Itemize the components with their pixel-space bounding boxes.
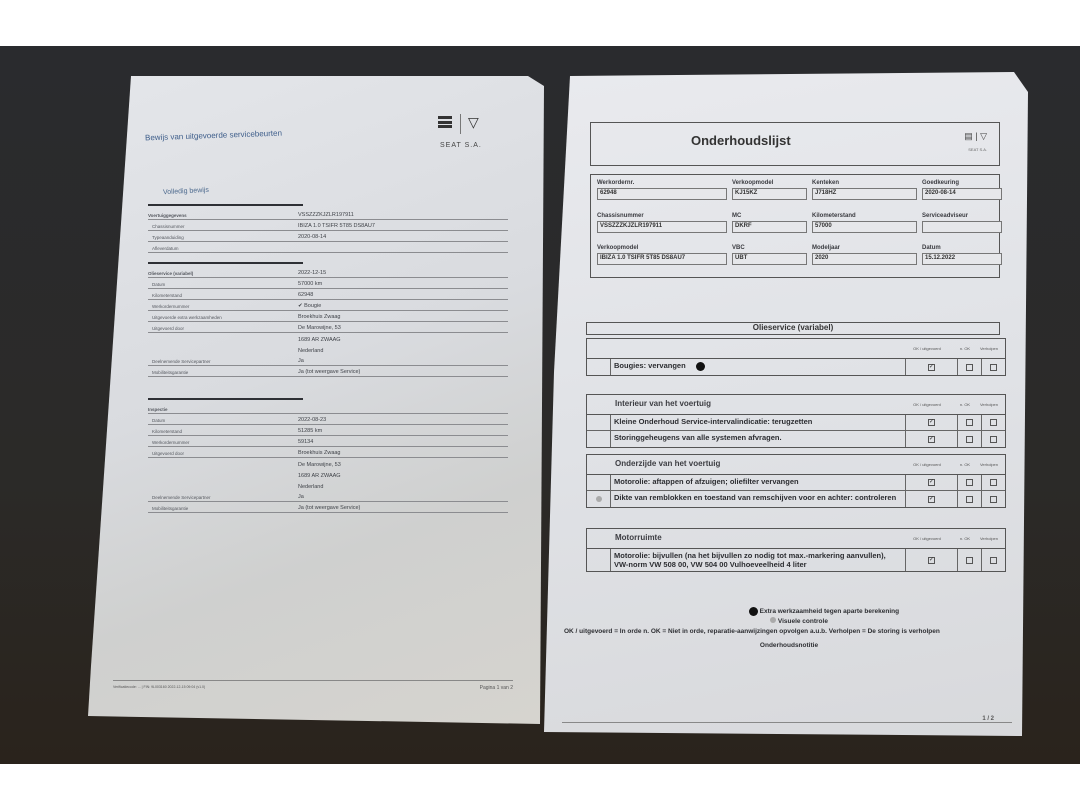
table-row: Inspectie [148,403,508,414]
table-row: Datum2022-08-23 [148,414,508,425]
table-row: Nederland [148,480,508,491]
row-value: Ja (tot weergave Service) [298,369,508,375]
field-label: Kilometerstand [812,213,917,221]
row-label: Datum [148,418,298,423]
legend: Extra werkzaamheid tegen aparte berekeni… [564,607,1014,651]
row-value: 1689 AR ZWAAG [298,337,508,343]
table-row: Uitgevoerd doorDe Marowijne, 53 [148,322,508,333]
page-number: Pagina 1 van 2 [480,685,513,691]
row-label: Voertuiggegevens [148,213,298,218]
table-row: ChassisnummerIBIZA 1.0 TSIFR 5T85 DS8AU7 [148,220,508,231]
maintenance-header: Onderhoudslijst ▤ | ▽ SEAT S.A. [590,122,1000,166]
extra-work-dot-icon [749,607,758,616]
oil-service-section: Olieservice (variabel)2022-12-15Datum570… [148,262,508,377]
document-subtitle: Volledig bewijs [163,187,209,196]
visual-check-dot-icon [596,496,602,502]
table-row: Datum57000 km [148,278,508,289]
row-value: Ja (tot weergave Service) [298,505,508,511]
extra-work-dot-icon [696,362,705,371]
checkbox-fixed [990,419,997,426]
checkbox-fixed [990,364,997,371]
field-label: MC [732,213,807,221]
checkbox-ok: ✓ [928,419,935,426]
row-label: Werkordernummer [148,440,298,445]
item-text: Motorolie: bijvullen (na het bijvullen z… [611,549,905,571]
row-value: VSSZZZKJZLR197911 [298,212,508,218]
table-row: Deelnemende ServicepartnerJa [148,491,508,502]
checkbox-ok: ✓ [928,557,935,564]
field-value: 57000 [812,221,917,233]
item-text: Bougies: vervangen [611,359,905,375]
checklist-block: OK / uitgevoerdn. OKVerholpenBougies: ve… [586,338,1006,376]
vehicle-field: KentekenJ718HZ [812,180,917,207]
row-label: Uitgevoerd door [148,451,298,456]
checkbox-ok: ✓ [928,436,935,443]
row-label: Olieservice (variabel) [148,271,298,276]
row-label: Kilometerstand [148,429,298,434]
field-value: KJ15KZ [732,188,807,200]
row-label: Datum [148,282,298,287]
column-headers: OK / uitgevoerdn. OKVerholpen [901,346,1001,351]
document-photo: Bewijs van uitgevoerde servicebeurten ▽ … [0,46,1080,764]
row-value: Nederland [298,348,508,354]
field-value: UBT [732,253,807,265]
checkbox-ok: ✓ [928,479,935,486]
seat-logo-icon [438,116,452,128]
row-value: ✔ Bougie [298,303,508,309]
checkbox-fixed [990,479,997,486]
verification-code: Verificatiecode: ... | FIN: 9L003160 202… [113,685,205,691]
maintenance-title: Onderhoudslijst [691,133,791,148]
item-marker [587,359,611,375]
field-value: IBIZA 1.0 TSIFR 5T85 DS8AU7 [597,253,727,265]
row-value: Ja [298,358,508,364]
block-title: Motorruimte [615,533,662,542]
inspection-section: InspectieDatum2022-08-23Kilometerstand51… [148,398,508,513]
checklist-item: Motorolie: aftappen of afzuigen; oliefil… [587,475,1005,491]
checkbox-ok: ✓ [928,496,935,503]
row-value: 2022-08-23 [298,417,508,423]
brand-name: SEAT S.A. [968,147,987,152]
row-label: Uitgevoerde extra werkzaamheden [148,315,298,320]
table-row: MobiliteitsgarantieJa (tot weergave Serv… [148,502,508,513]
service-type-banner: Olieservice (variabel) [586,322,1000,335]
row-value: 2022-12-15 [298,270,508,276]
page-number: 1 / 2 [982,716,994,722]
column-headers: OK / uitgevoerdn. OKVerholpen [901,462,1001,467]
maintenance-list-document: Onderhoudslijst ▤ | ▽ SEAT S.A. Werkorde… [544,72,1028,736]
table-row: VoertuiggegevensVSSZZZKJZLR197911 [148,209,508,220]
row-value: Nederland [298,484,508,490]
row-value: De Marowijne, 53 [298,325,508,331]
vehicle-field: Goedkeuring2020-08-14 [922,180,1002,207]
row-value: 62948 [298,292,508,298]
checkbox-fixed [990,436,997,443]
row-label: Afleverdatum [148,246,298,251]
field-value: J718HZ [812,188,917,200]
vehicle-field: MCDKRF [732,213,807,240]
table-row: Nederland [148,344,508,355]
item-marker [587,549,611,571]
checkbox-nok [966,419,973,426]
vehicle-field: Kilometerstand57000 [812,213,917,240]
field-label: Verkoopmodel [732,180,807,188]
table-row: Werkordernummer59134 [148,436,508,447]
row-label: Inspectie [148,407,298,412]
document-title: Bewijs van uitgevoerde servicebeurten [145,129,282,143]
field-label: Chassisnummer [597,213,727,221]
field-value: 15.12.2022 [922,253,1002,265]
visual-check-dot-icon [770,617,776,623]
row-label: Werkordernummer [148,304,298,309]
field-label: Serviceadviseur [922,213,1002,221]
checklist-item: Motorolie: bijvullen (na het bijvullen z… [587,549,1005,571]
field-label: Modeljaar [812,245,917,253]
field-value [922,221,1002,233]
table-row: Kilometerstand51285 km [148,425,508,436]
row-value: 1689 AR ZWAAG [298,473,508,479]
checklist-block: Onderzijde van het voertuigOK / uitgevoe… [586,454,1006,508]
legend-explanation: OK / uitgevoerd = In orde n. OK = Niet i… [564,627,1014,637]
vehicle-field: Werkordernr.62948 [597,180,727,207]
row-label: Mobiliteitsgarantie [148,506,298,511]
vehicle-fields: Werkordernr.62948VerkoopmodelKJ15KZKente… [590,174,1000,278]
maintenance-notes-title: Onderhoudsnotitie [564,641,1014,651]
checkbox-nok [966,436,973,443]
vehicle-field: VerkoopmodelKJ15KZ [732,180,807,207]
table-row: Werkordernummer✔ Bougie [148,300,508,311]
row-label: Kilometerstand [148,293,298,298]
vehicle-field: VBCUBT [732,245,807,272]
vehicle-field: Modeljaar2020 [812,245,917,272]
table-row: 1689 AR ZWAAG [148,333,508,344]
checklist-item: Kleine Onderhoud Service-intervalindicat… [587,415,1005,431]
row-value: IBIZA 1.0 TSIFR 5T85 DS8AU7 [298,223,508,229]
row-label: Chassisnummer [148,224,298,229]
table-row: MobiliteitsgarantieJa (tot weergave Serv… [148,366,508,377]
checkbox-nok [966,364,973,371]
field-label: VBC [732,245,807,253]
checklist-item: Dikte van remblokken en toestand van rem… [587,491,1005,507]
row-value: 51285 km [298,428,508,434]
checkbox-nok [966,496,973,503]
item-marker [587,491,611,507]
document-footer: Verificatiecode: ... | FIN: 9L003160 202… [113,680,513,691]
row-label: Typeaanduiding [148,235,298,240]
row-value: 59134 [298,439,508,445]
field-value: VSSZZZKJZLR197911 [597,221,727,233]
item-text: Kleine Onderhoud Service-intervalindicat… [611,415,905,430]
checkbox-nok [966,557,973,564]
checkbox-nok [966,479,973,486]
vehicle-field: ChassisnummerVSSZZZKJZLR197911 [597,213,727,240]
item-marker [587,475,611,490]
row-value: 2020-08-14 [298,234,508,240]
seat-cupra-logo: ▽ SEAT S.A. [438,116,508,156]
field-value: 2020-08-14 [922,188,1002,200]
field-value: DKRF [732,221,807,233]
checklist-item: Storinggeheugens van alle systemen afvra… [587,431,1005,447]
table-row: Uitgevoerde extra werkzaamhedenBroekhuis… [148,311,508,322]
field-value: 62948 [597,188,727,200]
checkbox-fixed [990,496,997,503]
service-proof-document: Bewijs van uitgevoerde servicebeurten ▽ … [88,76,544,724]
row-value: 57000 km [298,281,508,287]
row-value: Broekhuis Zwaag [298,450,508,456]
row-label: Deelnemende Servicepartner [148,495,298,500]
field-label: Werkordernr. [597,180,727,188]
row-label: Deelnemende Servicepartner [148,359,298,364]
table-row: Kilometerstand62948 [148,289,508,300]
field-label: Verkoopmodel [597,245,727,253]
row-value: De Marowijne, 53 [298,462,508,468]
block-title: Interieur van het voertuig [615,399,711,408]
table-row: Typeaanduiding2020-08-14 [148,231,508,242]
table-row: Olieservice (variabel)2022-12-15 [148,267,508,278]
checklist-item: Bougies: vervangen✓ [587,359,1005,375]
seat-cupra-logo-icon: ▤ | ▽ [964,131,987,142]
item-marker [587,431,611,447]
field-label: Kenteken [812,180,917,188]
cupra-logo-icon: ▽ [468,114,479,131]
checkbox-fixed [990,557,997,564]
item-text: Dikte van remblokken en toestand van rem… [611,491,905,507]
row-value: Ja [298,494,508,500]
block-title: Onderzijde van het voertuig [615,459,720,468]
field-value: 2020 [812,253,917,265]
table-row: De Marowijne, 53 [148,458,508,469]
brand-name: SEAT S.A. [440,142,482,149]
field-label: Goedkeuring [922,180,1002,188]
row-value: Broekhuis Zwaag [298,314,508,320]
vehicle-section: VoertuiggegevensVSSZZZKJZLR197911Chassis… [148,204,508,253]
item-text: Storinggeheugens van alle systemen afvra… [611,431,905,447]
checkbox-ok: ✓ [928,364,935,371]
table-row: Uitgevoerd doorBroekhuis Zwaag [148,447,508,458]
table-row: Afleverdatum [148,242,508,253]
checklist-block: Interieur van het voertuigOK / uitgevoer… [586,394,1006,448]
row-label: Uitgevoerd door [148,326,298,331]
column-headers: OK / uitgevoerdn. OKVerholpen [901,402,1001,407]
item-text: Motorolie: aftappen of afzuigen; oliefil… [611,475,905,490]
table-row: 1689 AR ZWAAG [148,469,508,480]
vehicle-field: Serviceadviseur [922,213,1002,240]
vehicle-field: VerkoopmodelIBIZA 1.0 TSIFR 5T85 DS8AU7 [597,245,727,272]
item-marker [587,415,611,430]
checklist-block: MotorruimteOK / uitgevoerdn. OKVerholpen… [586,528,1006,572]
table-row: Deelnemende ServicepartnerJa [148,355,508,366]
field-label: Datum [922,245,1002,253]
row-label: Mobiliteitsgarantie [148,370,298,375]
vehicle-field: Datum15.12.2022 [922,245,1002,272]
column-headers: OK / uitgevoerdn. OKVerholpen [901,536,1001,541]
